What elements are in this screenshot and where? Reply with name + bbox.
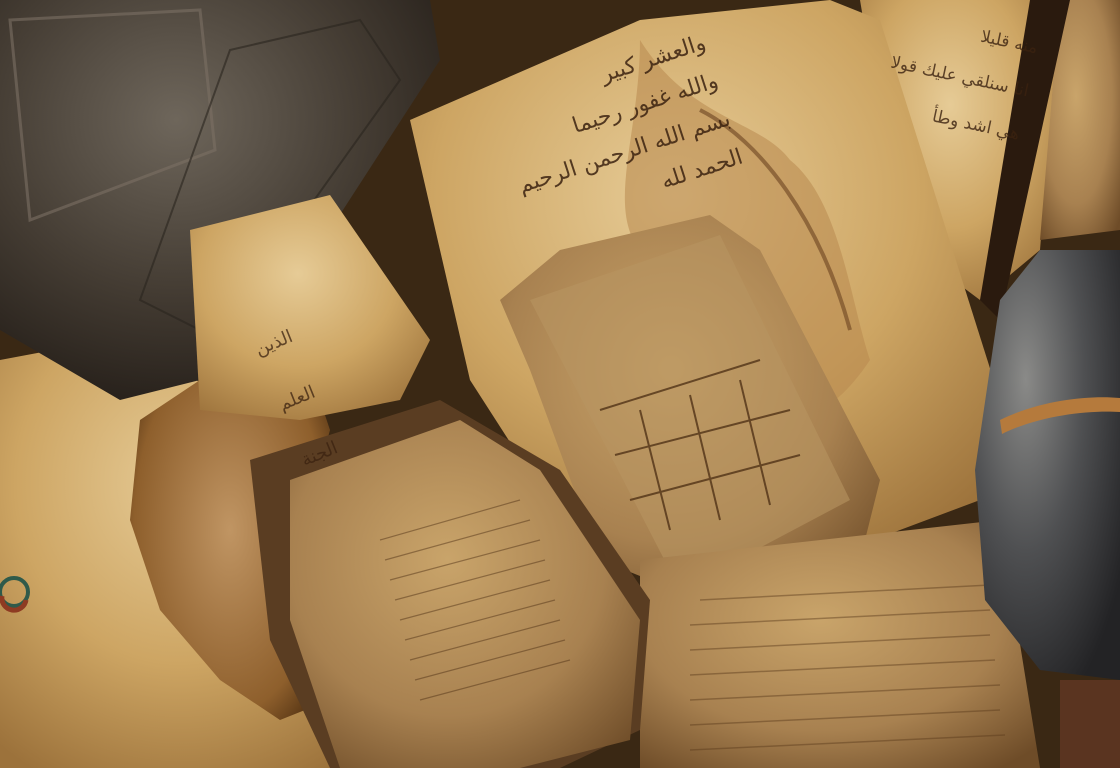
manuscripts-photo: والعشر كبير والله غفور رحيما بسم الله ال… <box>0 0 1120 768</box>
bottom-right-page <box>640 520 1040 768</box>
